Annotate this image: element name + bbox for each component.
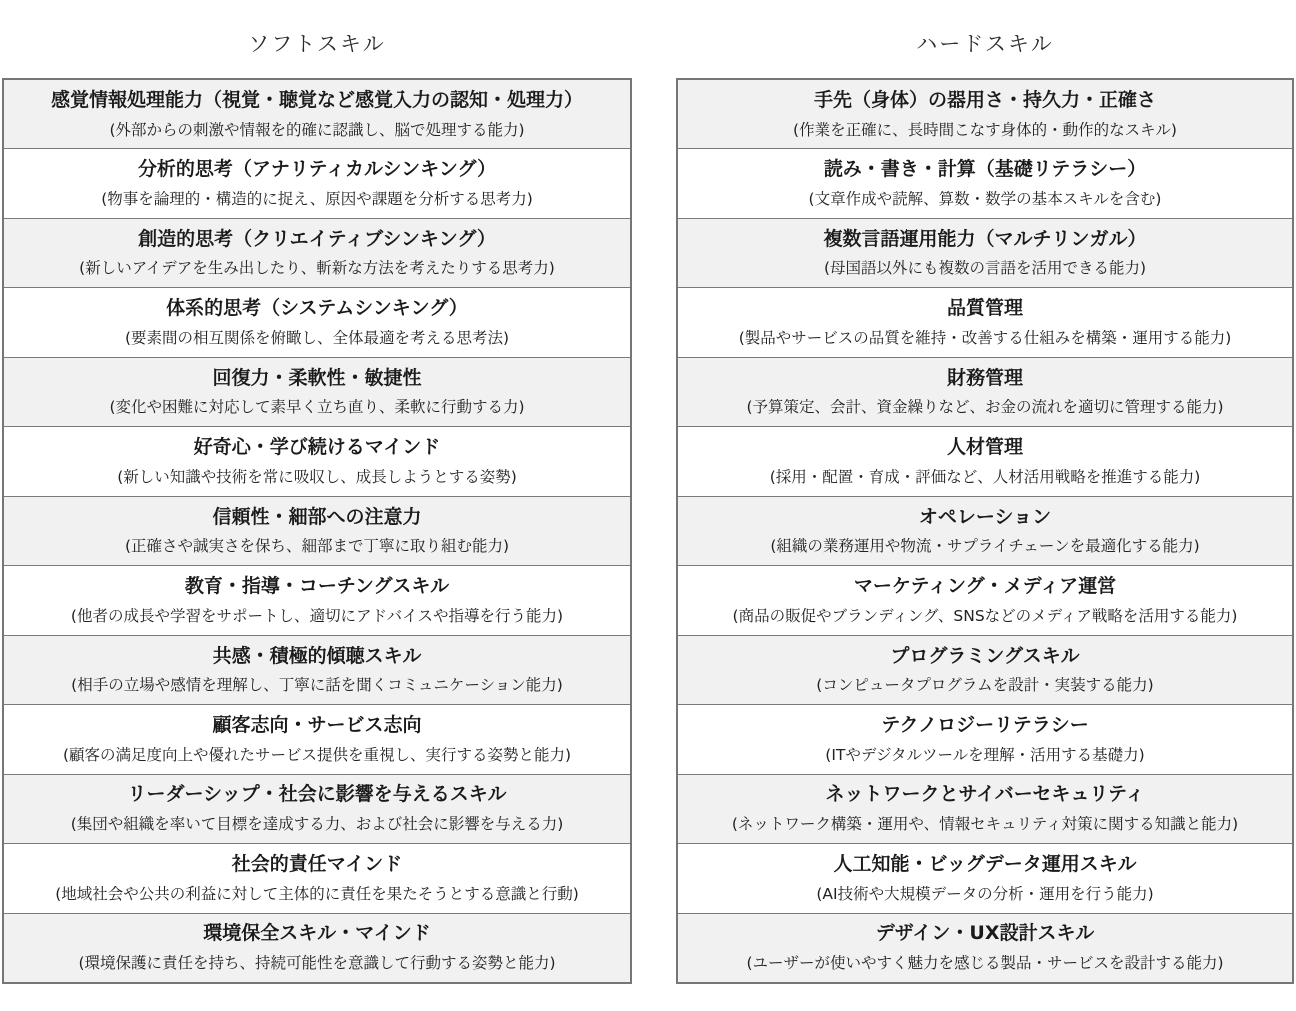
skill-row: デザイン・UX設計スキル(ユーザーが使いやすく魅力を感じる製品・サービスを設計す…: [678, 913, 1292, 982]
skill-description: (予算策定、会計、資金繰りなど、お金の流れを適切に管理する能力): [746, 397, 1223, 417]
skill-title: 体系的思考（システムシンキング）: [166, 297, 468, 321]
skill-title: 財務管理: [947, 367, 1023, 391]
skill-description: (商品の販促やブランディング、SNSなどのメディア戦略を活用する能力): [733, 606, 1238, 626]
skill-title: テクノロジーリテラシー: [881, 714, 1088, 738]
skill-description: (ITやデジタルツールを理解・活用する基礎力): [825, 745, 1144, 765]
hard-skills-heading: ハードスキル: [676, 0, 1294, 78]
skill-title: 教育・指導・コーチングスキル: [185, 575, 449, 599]
skill-row: 共感・積極的傾聴スキル(相手の立場や感情を理解し、丁寧に話を聞くコミュニケーショ…: [4, 635, 630, 704]
skill-row: 信頼性・細部への注意力(正確さや誠実さを保ち、細部まで丁寧に取り組む能力): [4, 496, 630, 565]
soft-skills-table: 感覚情報処理能力（視覚・聴覚など感覚入力の認知・処理力）(外部からの刺激や情報を…: [2, 78, 632, 984]
skill-description: (作業を正確に、長時間こなす身体的・動作的なスキル): [793, 120, 1177, 140]
skill-description: (正確さや誠実さを保ち、細部まで丁寧に取り組む能力): [125, 536, 509, 556]
skill-row: テクノロジーリテラシー(ITやデジタルツールを理解・活用する基礎力): [678, 704, 1292, 773]
soft-skills-column: ソフトスキル 感覚情報処理能力（視覚・聴覚など感覚入力の認知・処理力）(外部から…: [2, 0, 632, 984]
skill-description: (製品やサービスの品質を維持・改善する仕組みを構築・運用する能力): [739, 328, 1232, 348]
skill-row: 複数言語運用能力（マルチリンガル）(母国語以外にも複数の言語を活用できる能力): [678, 218, 1292, 287]
skill-title: 分析的思考（アナリティカルシンキング）: [138, 158, 496, 182]
skill-row: オペレーション(組織の業務運用や物流・サプライチェーンを最適化する能力): [678, 496, 1292, 565]
skill-title: 好奇心・学び続けるマインド: [194, 436, 441, 460]
skill-description: (外部からの刺激や情報を的確に認識し、脳で処理する能力): [109, 120, 524, 140]
skill-title: 手先（身体）の器用さ・持久力・正確さ: [814, 89, 1156, 113]
skill-description: (新しいアイデアを生み出したり、斬新な方法を考えたりする思考力): [79, 258, 555, 278]
skill-title: 人材管理: [947, 436, 1023, 460]
skill-title: 顧客志向・サービス志向: [212, 714, 421, 738]
soft-skills-heading: ソフトスキル: [2, 0, 632, 78]
skill-row: 財務管理(予算策定、会計、資金繰りなど、お金の流れを適切に管理する能力): [678, 357, 1292, 426]
skill-title: 品質管理: [947, 297, 1023, 321]
skill-title: 創造的思考（クリエイティブシンキング）: [138, 228, 496, 252]
skill-title: 社会的責任マインド: [232, 853, 403, 877]
skill-title: プログラミングスキル: [890, 645, 1079, 669]
skill-row: 感覚情報処理能力（視覚・聴覚など感覚入力の認知・処理力）(外部からの刺激や情報を…: [4, 80, 630, 148]
skill-title: 回復力・柔軟性・敏捷性: [212, 367, 421, 391]
skill-title: ネットワークとサイバーセキュリティ: [825, 783, 1144, 807]
skill-row: 社会的責任マインド(地域社会や公共の利益に対して主体的に責任を果たそうとする意識…: [4, 843, 630, 912]
skill-row: 教育・指導・コーチングスキル(他者の成長や学習をサポートし、適切にアドバイスや指…: [4, 565, 630, 634]
skill-row: 好奇心・学び続けるマインド(新しい知識や技術を常に吸収し、成長しようとする姿勢): [4, 426, 630, 495]
skill-title: 人工知能・ビッグデータ運用スキル: [833, 853, 1136, 877]
skill-title: マーケティング・メディア運営: [854, 575, 1116, 599]
skill-row: 顧客志向・サービス志向(顧客の満足度向上や優れたサービス提供を重視し、実行する姿…: [4, 704, 630, 773]
skill-row: 体系的思考（システムシンキング）(要素間の相互関係を俯瞰し、全体最適を考える思考…: [4, 287, 630, 356]
skill-description: (変化や困難に対応して素早く立ち直り、柔軟に行動する力): [109, 397, 524, 417]
skill-description: (新しい知識や技術を常に吸収し、成長しようとする姿勢): [117, 467, 517, 487]
skill-title: 読み・書き・計算（基礎リテラシー）: [824, 158, 1147, 182]
skill-row: 分析的思考（アナリティカルシンキング）(物事を論理的・構造的に捉え、原因や課題を…: [4, 148, 630, 217]
skill-description: (地域社会や公共の利益に対して主体的に責任を果たそうとする意識と行動): [55, 884, 579, 904]
skill-description: (物事を論理的・構造的に捉え、原因や課題を分析する思考力): [101, 189, 533, 209]
skill-row: 品質管理(製品やサービスの品質を維持・改善する仕組みを構築・運用する能力): [678, 287, 1292, 356]
skill-description: (集団や組織を率いて目標を達成する力、および社会に影響を与える力): [71, 814, 564, 834]
skill-title: 信頼性・細部への注意力: [212, 506, 421, 530]
skill-description: (AI技術や大規模データの分析・運用を行う能力): [816, 884, 1153, 904]
skill-description: (ユーザーが使いやすく魅力を感じる製品・サービスを設計する能力): [746, 953, 1223, 973]
skill-row: 創造的思考（クリエイティブシンキング）(新しいアイデアを生み出したり、斬新な方法…: [4, 218, 630, 287]
hard-skills-table: 手先（身体）の器用さ・持久力・正確さ(作業を正確に、長時間こなす身体的・動作的な…: [676, 78, 1294, 984]
skill-description: (他者の成長や学習をサポートし、適切にアドバイスや指導を行う能力): [71, 606, 563, 626]
skill-description: (相手の立場や感情を理解し、丁寧に話を聞くコミュニケーション能力): [71, 675, 563, 695]
skill-row: プログラミングスキル(コンピュータプログラムを設計・実装する能力): [678, 635, 1292, 704]
skill-title: 環境保全スキル・マインド: [203, 922, 430, 946]
skill-row: リーダーシップ・社会に影響を与えるスキル(集団や組織を率いて目標を達成する力、お…: [4, 774, 630, 843]
skill-title: デザイン・UX設計スキル: [876, 922, 1095, 946]
skill-row: 回復力・柔軟性・敏捷性(変化や困難に対応して素早く立ち直り、柔軟に行動する力): [4, 357, 630, 426]
skill-title: 複数言語運用能力（マルチリンガル）: [823, 228, 1146, 252]
skill-description: (採用・配置・育成・評価など、人材活用戦略を推進する能力): [770, 467, 1201, 487]
skill-description: (顧客の満足度向上や優れたサービス提供を重視し、実行する姿勢と能力): [63, 745, 571, 765]
skill-description: (文章作成や読解、算数・数学の基本スキルを含む): [809, 189, 1162, 209]
skill-description: (要素間の相互関係を俯瞰し、全体最適を考える思考法): [125, 328, 509, 348]
skill-title: オペレーション: [919, 506, 1051, 530]
skill-description: (環境保護に責任を持ち、持続可能性を意識して行動する姿勢と能力): [78, 953, 555, 973]
skill-row: マーケティング・メディア運営(商品の販促やブランディング、SNSなどのメディア戦…: [678, 565, 1292, 634]
skill-title: リーダーシップ・社会に影響を与えるスキル: [127, 783, 506, 807]
skill-row: 環境保全スキル・マインド(環境保護に責任を持ち、持続可能性を意識して行動する姿勢…: [4, 913, 630, 982]
skill-description: (コンピュータプログラムを設計・実装する能力): [816, 675, 1153, 695]
skill-title: 共感・積極的傾聴スキル: [213, 645, 422, 669]
hard-skills-column: ハードスキル 手先（身体）の器用さ・持久力・正確さ(作業を正確に、長時間こなす身…: [676, 0, 1294, 984]
skill-title: 感覚情報処理能力（視覚・聴覚など感覚入力の認知・処理力）: [51, 89, 583, 113]
skill-row: 読み・書き・計算（基礎リテラシー）(文章作成や読解、算数・数学の基本スキルを含む…: [678, 148, 1292, 217]
skill-row: 人材管理(採用・配置・育成・評価など、人材活用戦略を推進する能力): [678, 426, 1292, 495]
skill-description: (ネットワーク構築・運用や、情報セキュリティ対策に関する知識と能力): [732, 814, 1238, 834]
skills-comparison-page: ソフトスキル 感覚情報処理能力（視覚・聴覚など感覚入力の認知・処理力）(外部から…: [0, 0, 1296, 984]
skill-row: ネットワークとサイバーセキュリティ(ネットワーク構築・運用や、情報セキュリティ対…: [678, 774, 1292, 843]
skill-description: (組織の業務運用や物流・サプライチェーンを最適化する能力): [770, 536, 1199, 556]
skill-row: 手先（身体）の器用さ・持久力・正確さ(作業を正確に、長時間こなす身体的・動作的な…: [678, 80, 1292, 148]
skill-row: 人工知能・ビッグデータ運用スキル(AI技術や大規模データの分析・運用を行う能力): [678, 843, 1292, 912]
skill-description: (母国語以外にも複数の言語を活用できる能力): [824, 258, 1146, 278]
